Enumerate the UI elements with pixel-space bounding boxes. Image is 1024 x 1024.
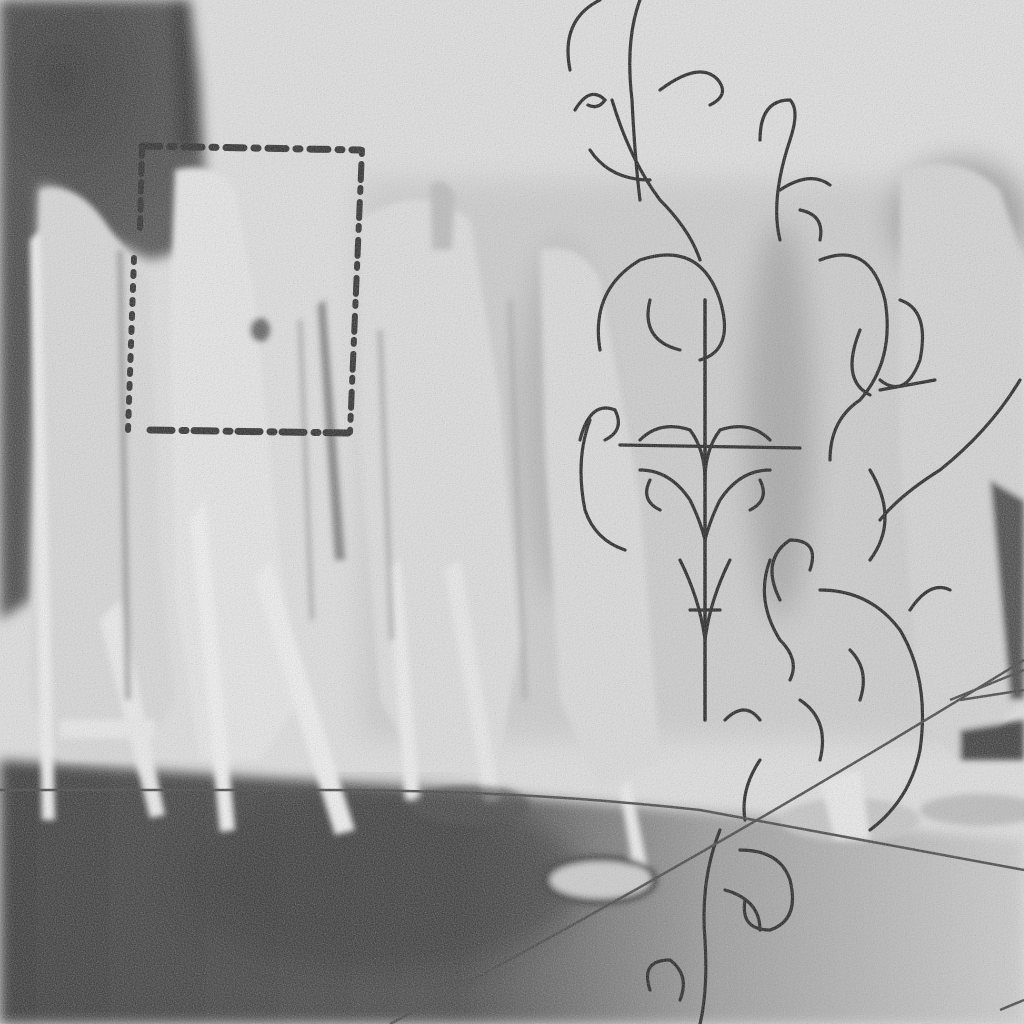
artwork-canvas — [0, 0, 1024, 1024]
grain-texture — [0, 0, 1024, 1024]
collage-image — [0, 0, 1024, 1024]
